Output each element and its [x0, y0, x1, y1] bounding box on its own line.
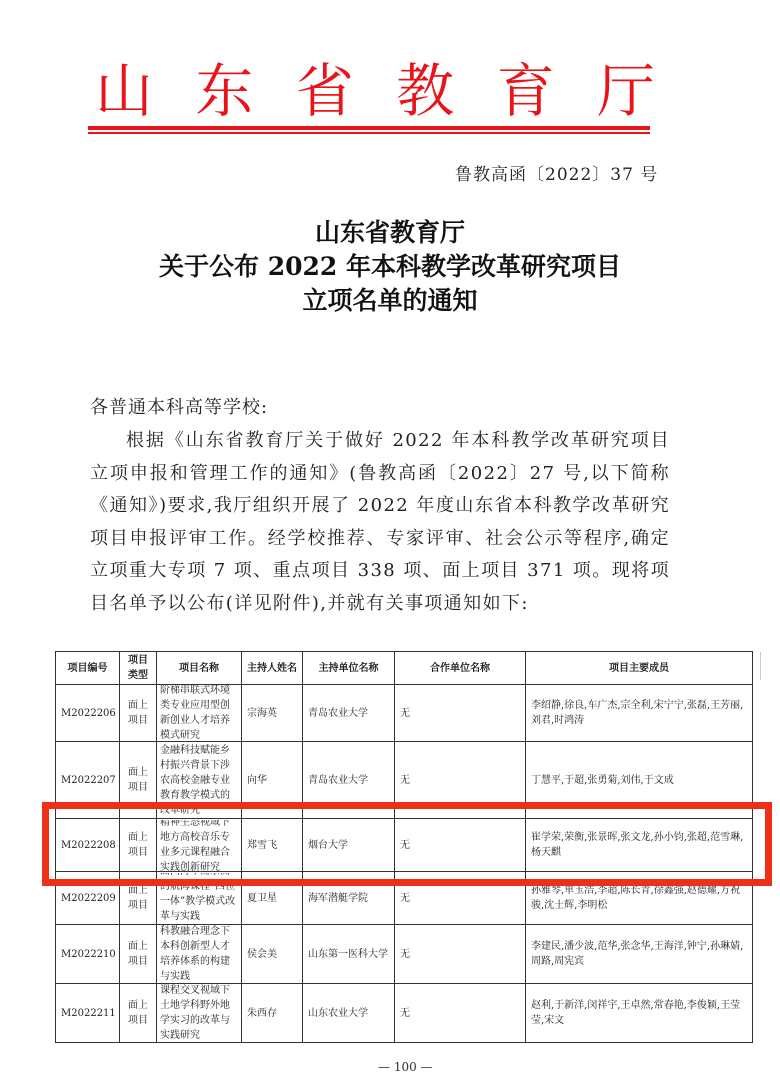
- masthead-char: 教: [396, 56, 454, 126]
- body-paragraph: 根据《山东省教育厅关于做好 2022 年本科教学改革研究项目立项申报和管理工作的…: [90, 425, 670, 620]
- header-leader: 主持人姓名: [242, 652, 303, 685]
- cell-members: 李绍静,徐良,车广杰,宗全利,宋宁宁,张磊,王芳丽,刘君,时鸿涛: [526, 685, 753, 742]
- header-unit: 主持单位名称: [303, 652, 395, 685]
- header-partner: 合作单位名称: [395, 652, 526, 685]
- header-name: 项目名称: [157, 652, 242, 685]
- cell-id: M2022211: [56, 984, 120, 1043]
- title-line-2: 关于公布 2022 年本科教学改革研究项目: [90, 250, 690, 284]
- masthead-title: 山 东 省 教 育 厅: [95, 56, 655, 126]
- page-edge-marker: [760, 652, 764, 680]
- cell-id: M2022206: [56, 685, 120, 742]
- cell-unit: 山东第一医科大学: [303, 925, 395, 984]
- cell-partner: 无: [395, 984, 526, 1043]
- cell-members: 李建民,潘少波,范华,张念华,王海洋,钟宁,孙琳婧,周路,周宪宾: [526, 925, 753, 984]
- table-row: M2022211 面上项目 课程交叉视域下土地学科野外地学实习的改革与实践研究 …: [56, 984, 753, 1043]
- header-id: 项目编号: [56, 652, 120, 685]
- cell-leader: 朱西存: [242, 984, 303, 1043]
- masthead-char: 省: [296, 56, 354, 126]
- salutation: 各普通本科高等学校:: [90, 393, 268, 419]
- body-text: 根据《山东省教育厅关于做好 2022 年本科教学改革研究项目立项申报和管理工作的…: [90, 425, 670, 620]
- header-members: 项目主要成员: [526, 652, 753, 685]
- title-line-1: 山东省教育厅: [90, 216, 690, 250]
- document-title: 山东省教育厅 关于公布 2022 年本科教学改革研究项目 立项名单的通知: [90, 216, 690, 318]
- table-row: M2022210 面上项目 科教融合理念下本科创新型人才培养体系的构建与实践 侯…: [56, 925, 753, 984]
- page-number: — 100 —: [378, 1060, 433, 1072]
- title-line-3: 立项名单的通知: [90, 284, 690, 318]
- cell-name: 课程交叉视域下土地学科野外地学实习的改革与实践研究: [160, 984, 238, 1042]
- cell-type: 面上项目: [120, 925, 157, 984]
- cell-unit: 山东农业大学: [303, 984, 395, 1043]
- cell-leader: 侯会美: [242, 925, 303, 984]
- cell-type: 面上项目: [120, 984, 157, 1043]
- table-row: M2022206 面上项目 阶梯串联式环境类专业应用型创新创业人才培养模式研究 …: [56, 685, 753, 742]
- cell-name: 阶梯串联式环境类专业应用型创新创业人才培养模式研究: [160, 685, 238, 741]
- cell-leader: 宗海英: [242, 685, 303, 742]
- masthead-char: 山: [95, 56, 153, 126]
- document-number: 鲁教高函〔2022〕37 号: [455, 160, 665, 185]
- cell-partner: 无: [395, 925, 526, 984]
- cell-name: 科教融合理念下本科创新型人才培养体系的构建与实践: [160, 925, 238, 983]
- table-header-row: 项目编号 项目类型 项目名称 主持人姓名 主持单位名称 合作单位名称 项目主要成…: [56, 652, 753, 685]
- masthead-rule-thick: [88, 126, 650, 130]
- cell-id: M2022210: [56, 925, 120, 984]
- masthead-char: 育: [497, 56, 555, 126]
- header-type: 项目类型: [120, 652, 157, 685]
- highlight-annotation-box: [42, 802, 772, 886]
- cell-type: 面上项目: [120, 685, 157, 742]
- cell-unit: 青岛农业大学: [303, 685, 395, 742]
- cell-partner: 无: [395, 685, 526, 742]
- masthead-char: 厅: [597, 56, 655, 126]
- cell-members: 赵利,于新洋,闵祥宇,王卓然,常春艳,李俊颖,王莹莹,宋文: [526, 984, 753, 1043]
- masthead-char: 东: [195, 56, 253, 126]
- masthead-rule-thin: [88, 132, 650, 134]
